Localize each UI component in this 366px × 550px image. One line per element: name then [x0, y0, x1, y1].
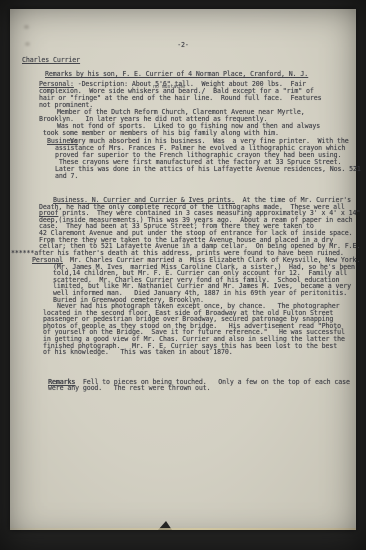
page-number: -2-: [10, 41, 356, 49]
paper-tear-notch: [158, 521, 172, 530]
document-subtitle: Remarks by his son, F. E. Currier of 4 N…: [45, 70, 308, 78]
remarks-text: Fell to pieces on being touched. Only a …: [48, 378, 350, 393]
business-margin-label: Business: [32, 138, 78, 145]
business-printing-paragraph: BusinessVery much absorbed in his busine…: [55, 138, 361, 180]
personal-family-text: Mr. Charles Currier married a Miss Eliza…: [53, 256, 360, 304]
business-printing-text: Very much absorbed in his business. Was …: [55, 137, 361, 180]
photograph-paragraph: Never had his photograph taken except on…: [43, 303, 345, 356]
scanned-page: -2- Charles Currier Remarks by his son, …: [10, 9, 356, 530]
church-paragraph: Member of the Dutch Reform Church, Clare…: [39, 109, 305, 123]
business-prints-paragraph: Business. N. Currier and Currier & Ives …: [39, 197, 360, 250]
personal-family-paragraph: PersonalMr. Charles Currier married a Mi…: [53, 257, 360, 303]
personal-margin-label: Personal: [32, 257, 63, 264]
interlineation-note: no mustache: [153, 84, 185, 90]
paper-smudge: [24, 25, 29, 29]
business-prints-text-2: prints. They were contained in 3 cases m…: [39, 209, 360, 250]
sports-paragraph: Was not fond of sports. Liked to go fish…: [39, 123, 320, 137]
remarks-paragraph: Remarks Fell to pieces on being touched.…: [48, 379, 350, 393]
document-title: Charles Currier: [22, 56, 80, 64]
